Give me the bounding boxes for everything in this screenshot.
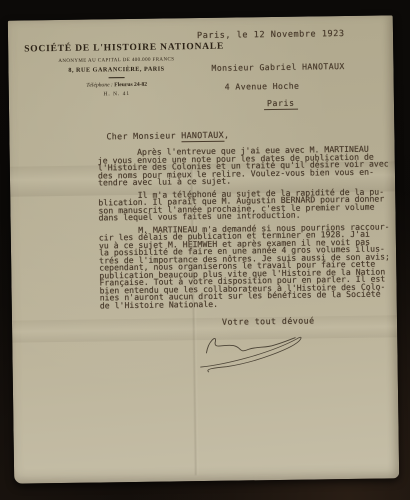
photo-background: SOCIÉTÉ DE L'HISTOIRE NATIONALE ANONYME … bbox=[0, 0, 410, 500]
closing-line: Votre tout dévoué bbox=[222, 315, 315, 326]
phone-label: Téléphone : bbox=[86, 82, 113, 88]
handwritten-signature bbox=[196, 327, 315, 377]
salutation-comma: , bbox=[224, 130, 229, 140]
letterhead-divider bbox=[109, 77, 125, 78]
letterhead-phone: Téléphone : Fleurus 24-82 bbox=[25, 81, 209, 90]
recipient-street: 4 Avenue Hoche bbox=[225, 80, 372, 92]
letter-paper: SOCIÉTÉ DE L'HISTOIRE NATIONALE ANONYME … bbox=[8, 15, 399, 483]
letterhead: SOCIÉTÉ DE L'HISTOIRE NATIONALE ANONYME … bbox=[24, 42, 209, 99]
letterhead-org-name: SOCIÉTÉ DE L'HISTOIRE NATIONALE bbox=[24, 42, 208, 55]
letterhead-address: 8, RUE GARANCIÈRE, PARIS bbox=[24, 65, 208, 75]
salutation-recipient-name: HANOTAUX bbox=[181, 130, 224, 142]
dateline: Paris, le 12 Novembre 1923 bbox=[197, 29, 345, 41]
recipient-block: Monsieur Gabriel HANOTAUX 4 Avenue Hoche… bbox=[211, 61, 372, 111]
phone-number: Fleurus 24-82 bbox=[114, 82, 147, 88]
letterhead-capital-line: ANONYME AU CAPITAL DE 400.000 FRANCS bbox=[24, 57, 208, 65]
body-paragraph: Il m'a téléphoné au sujet de la rapidité… bbox=[98, 188, 394, 222]
letterhead-registry-code: H. N. 41 bbox=[25, 90, 209, 99]
salutation: Cher Monsieur HANOTAUX, bbox=[106, 130, 229, 142]
recipient-city: Paris bbox=[264, 98, 298, 110]
body-paragraph: M. MARTINEAU m'a demandé si nous pourrio… bbox=[99, 223, 396, 310]
recipient-name: Monsieur Gabriel HANOTAUX bbox=[211, 61, 371, 73]
salutation-prefix: Cher Monsieur bbox=[106, 130, 181, 141]
body-paragraph: Après l'entrevue que j'ai eue avec M. MA… bbox=[98, 145, 394, 187]
letter-body: Après l'entrevue que j'ai eue avec M. MA… bbox=[98, 145, 396, 314]
